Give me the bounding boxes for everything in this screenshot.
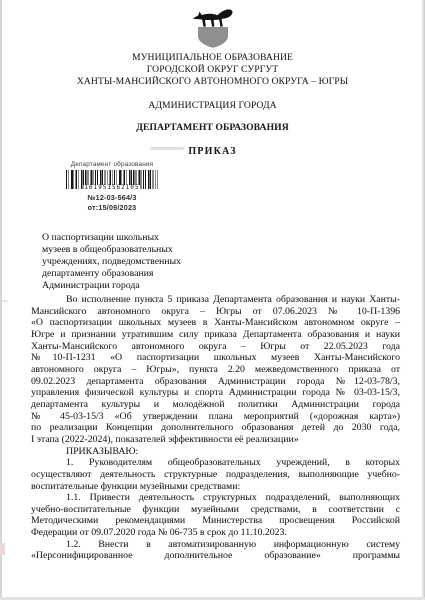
body-line: управления физической культуры и спорта …	[31, 387, 400, 399]
subject-line: департаменту образования	[42, 268, 267, 280]
stamp-department-label: Департамент образования	[64, 161, 160, 168]
surgut-coat-of-arms-icon	[190, 7, 236, 51]
body-line: Ханты-Мансийского автономного округа – Ю…	[31, 341, 400, 353]
body-line: департамента культуры и молодёжной полит…	[31, 399, 400, 411]
body-text: Во исполнение пункта 5 приказа Департаме…	[31, 294, 400, 562]
body-line: Методическими рекомендациями Министерств…	[31, 515, 400, 527]
body-line: 09.02.2023 департамента образования Адми…	[31, 376, 400, 388]
document-type-title: ПРИКАЗ	[0, 146, 425, 158]
registration-number: №12-03-564/3	[64, 193, 160, 202]
subject-line: учреждениях, подведомственных	[42, 256, 267, 268]
registration-stamp: Департамент образования 161951562105 №12…	[64, 161, 160, 212]
body-line: Мансийского автономного округа – Югры от…	[31, 306, 400, 318]
body-line: 1.2. Внести в автоматизированную информа…	[31, 539, 400, 551]
scanned-order-document: МУНИЦИПАЛЬНОЕ ОБРАЗОВАНИЕ ГОРОДСКОЙ ОКРУ…	[0, 0, 425, 600]
body-line: учебно-воспитательные функции музейными …	[31, 504, 400, 516]
administration-line: АДМИНИСТРАЦИЯ ГОРОДА	[0, 100, 425, 112]
org-line-city: ГОРОДСКОЙ ОКРУГ СУРГУТ	[0, 64, 425, 76]
department-line: ДЕПАРТАМЕНТ ОБРАЗОВАНИЯ	[0, 122, 425, 134]
registration-date: от:15/09/2023	[64, 203, 160, 212]
black-fox-silhouette	[192, 9, 232, 26]
body-line: №10-П-1231 «О паспортизации школьных муз…	[31, 352, 400, 364]
body-line: 1. Руководителям общеобразовательных учр…	[31, 457, 400, 469]
org-line-municipality: МУНИЦИПАЛЬНОЕ ОБРАЗОВАНИЕ	[0, 52, 425, 64]
subject-block: О паспортизации школьныхмузеев в общеобр…	[42, 232, 267, 292]
barcode-digits: 161951562105	[83, 185, 140, 191]
subject-line: О паспортизации школьных	[42, 232, 267, 244]
body-line: ПРИКАЗЫВАЮ:	[31, 446, 400, 458]
body-line: «О паспортизации школьных музеев в Ханты…	[31, 317, 400, 329]
shield-shape	[198, 27, 228, 48]
body-line: Федерации от 09.07.2020 года № 06-735 в …	[31, 527, 400, 539]
body-line: автономного округа – Югры», пункта 2.20 …	[31, 364, 400, 376]
body-line: Во исполнение пункта 5 приказа Департаме…	[31, 294, 400, 306]
body-line: I этапа (2022-2024), показателей эффекти…	[31, 434, 400, 446]
org-line-region: ХАНТЫ-МАНСИЙСКОГО АВТОНОМНОГО ОКРУГА – Ю…	[0, 76, 425, 88]
barcode: 161951562105	[66, 170, 158, 189]
scan-artifact	[0, 543, 5, 555]
body-line: осуществляют деятельность структурные по…	[31, 469, 400, 481]
body-line: «Персонифицированное дополнительное обра…	[31, 550, 400, 562]
body-line: Югре и признании утратившим силу приказа…	[31, 329, 400, 341]
scan-artifact	[2, 300, 8, 302]
document-header: МУНИЦИПАЛЬНОЕ ОБРАЗОВАНИЕ ГОРОДСКОЙ ОКРУ…	[0, 52, 425, 158]
body-line: № 45-03-15/3 «Об утверждении плана мероп…	[31, 411, 400, 423]
body-line: 1.1. Привести деятельность структурных п…	[31, 492, 400, 504]
subject-line: музеев в общеобразовательных	[42, 244, 267, 256]
subject-line: Администрации города	[42, 280, 267, 292]
body-line: по реализации Концепции дополнительного …	[31, 422, 400, 434]
body-line: воспитательные функции музейными средств…	[31, 481, 400, 493]
